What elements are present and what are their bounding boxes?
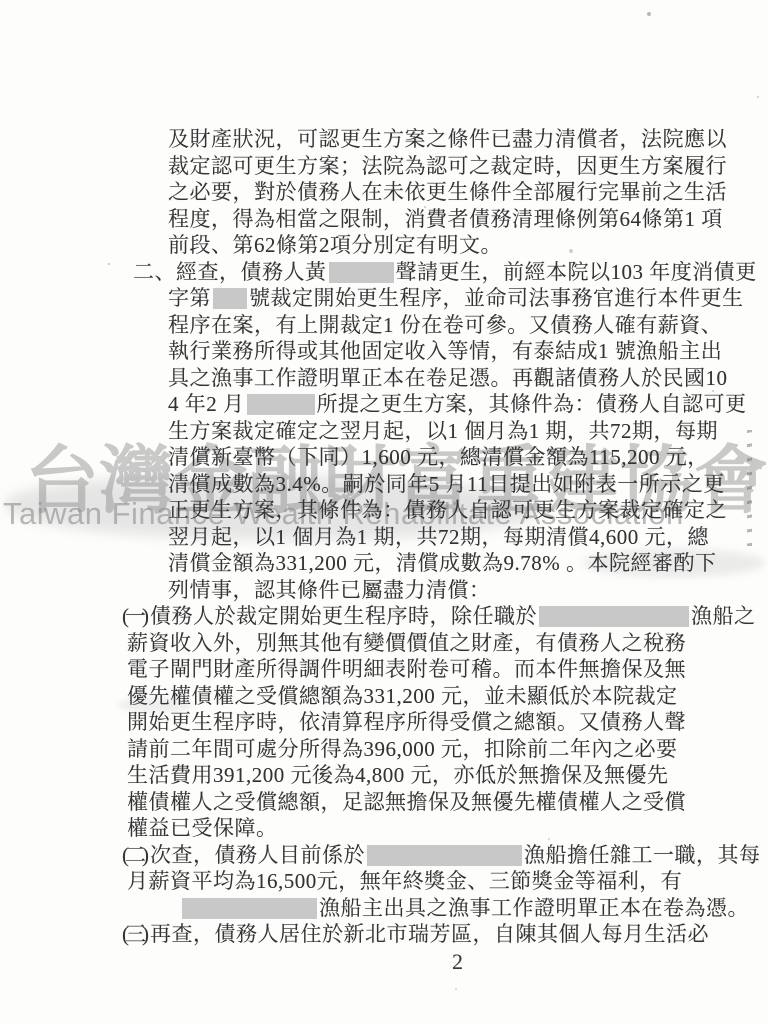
text-line: 前段、第62條第2項分別定有明文。 (0, 232, 768, 259)
text-line: 優先權債權之受償總額為331,200 元，並未顯低於本院裁定 (0, 683, 768, 710)
text-segment: 再查，債務人居住於新北市瑞芳區，自陳其個人每月生活必 (150, 922, 709, 946)
text-line: 月薪資平均為16,500元，無年終獎金、三節獎金等福利，有 (0, 868, 768, 895)
text-line: 執行業務所得或其他固定收入等情，有泰結成1 號漁船主出 (0, 338, 768, 365)
redaction-box (329, 262, 394, 283)
text-segment: 前段、第62條第2項分別定有明文。 (168, 233, 502, 257)
text-segment: 清償金額為331,200 元，清償成數為9.78% 。本院經審酌下 (168, 551, 717, 575)
text-segment: 二、經查，債務人黃 (133, 260, 327, 284)
redaction-box (247, 394, 315, 415)
text-line: 具之漁事工作證明單正本在卷足憑。再觀諸債務人於民國10 (0, 365, 768, 392)
text-line: 開始更生程序時，依清算程序所得受償之總額。又債務人聲 (0, 709, 768, 736)
redaction-box (367, 845, 522, 866)
text-line: (三)再查，債務人居住於新北市瑞芳區，自陳其個人每月生活必 (0, 921, 768, 948)
text-segment: 優先權債權之受償總額為331,200 元，並未顯低於本院裁定 (127, 684, 678, 708)
text-segment: 漁船主出具之漁事工作證明單正本在卷為憑。 (319, 896, 749, 920)
redaction-box (539, 606, 689, 627)
text-line: 權益已受保障。 (0, 815, 768, 842)
text-line: 權債權人之受償總額，足認無擔保及無優先權債權人之受償 (0, 789, 768, 816)
text-line: 裁定認可更生方案；法院為認可之裁定時，因更生方案履行 (0, 153, 768, 180)
list-item-marker: (三) (122, 922, 145, 946)
text-segment: 清償新臺幣（下同）1,600 元，總清償金額為115,200 元， (168, 445, 709, 469)
text-segment: 之必要，對於債務人在未依更生條件全部履行完畢前之生活 (168, 180, 727, 204)
text-line: 字第號裁定開始更生程序，並命司法事務官進行本件更生 (0, 285, 768, 312)
text-line: 正更生方案，其條件為：債務人自認可更生方案裁定確定之 (0, 497, 768, 524)
text-line: 請前二年間可處分所得為396,000 元，扣除前二年內之必要 (0, 736, 768, 763)
text-line: 程序在案，有上開裁定1 份在卷可參。又債務人確有薪資、 (0, 312, 768, 339)
text-segment: 列情事，認其條件已屬盡力清償： (168, 578, 491, 602)
text-line: 薪資收入外，別無其他有變價價值之財產，有債務人之稅務 (0, 630, 768, 657)
redaction-box (182, 898, 317, 919)
text-segment: 程序在案，有上開裁定1 份在卷可參。又債務人確有薪資、 (168, 313, 722, 337)
text-line: 翌月起，以1 個月為1 期，共72期，每期清償4,600 元，總 (0, 524, 768, 551)
text-line: (一)債務人於裁定開始更生程序時，除任職於漁船之 (0, 603, 768, 630)
text-segment: 電子閘門財產所得調件明細表附卷可稽。而本件無擔保及無 (127, 657, 686, 681)
text-line: 之必要，對於債務人在未依更生條件全部履行完畢前之生活 (0, 179, 768, 206)
text-line: 清償成數為3.4%。嗣於同年5 月11日提出如附表一所示之更 (0, 471, 768, 498)
text-line: 生活費用391,200 元後為4,800 元，亦低於無擔保及無優先 (0, 762, 768, 789)
scan-noise-specks (0, 0, 2, 2)
text-segment: 開始更生程序時，依清算程序所得受償之總額。又債務人聲 (127, 710, 686, 734)
text-segment: 漁船之 (691, 604, 756, 628)
text-segment: 執行業務所得或其他固定收入等情，有泰結成1 號漁船主出 (168, 339, 722, 363)
text-segment: 聲請更生，前經本院以103 年度消債更 (396, 260, 757, 284)
text-segment: 權益已受保障。 (127, 816, 278, 840)
text-segment: 請前二年間可處分所得為396,000 元，扣除前二年內之必要 (127, 737, 678, 761)
text-line: 列情事，認其條件已屬盡力清償： (0, 577, 768, 604)
text-line: 清償金額為331,200 元，清償成數為9.78% 。本院經審酌下 (0, 550, 768, 577)
redaction-box (213, 288, 247, 309)
text-line: 二、經查，債務人黃聲請更生，前經本院以103 年度消債更 (0, 259, 768, 286)
scanned-document-page: 台灣金融財富重建協會 Taiwan Finance Wealth Rehabil… (0, 0, 768, 1024)
text-segment: 次查，債務人目前係於 (150, 843, 365, 867)
text-segment: 清償成數為3.4%。嗣於同年5 月11日提出如附表一所示之更 (168, 472, 725, 496)
text-line: 程度，得為相當之限制，消費者債務清理條例第64條第1 項 (0, 206, 768, 233)
text-line: 漁船主出具之漁事工作證明單正本在卷為憑。 (0, 895, 768, 922)
text-segment: 程度，得為相當之限制，消費者債務清理條例第64條第1 項 (168, 207, 723, 231)
text-segment: 生活費用391,200 元後為4,800 元，亦低於無擔保及無優先 (127, 763, 669, 787)
text-line: 生方案裁定確定之翌月起，以1 個月為1 期，共72期，每期 (0, 418, 768, 445)
text-line: 及財產狀況，可認更生方案之條件已盡力清償者，法院應以 (0, 126, 768, 153)
text-segment: 翌月起，以1 個月為1 期，共72期，每期清償4,600 元，總 (168, 525, 709, 549)
text-segment: 所提之更生方案，其條件為：債務人自認可更 (317, 392, 747, 416)
list-item-marker: (二) (122, 843, 145, 867)
text-segment: 漁船擔任雜工一職，其每 (524, 843, 761, 867)
text-line: 清償新臺幣（下同）1,600 元，總清償金額為115,200 元， (0, 444, 768, 471)
text-segment: 號裁定開始更生程序，並命司法事務官進行本件更生 (249, 286, 744, 310)
text-segment: 權債權人之受償總額，足認無擔保及無優先權債權人之受償 (127, 790, 686, 814)
list-item-marker: (一) (122, 604, 145, 628)
text-segment: 具之漁事工作證明單正本在卷足憑。再觀諸債務人於民國10 (168, 366, 728, 390)
text-segment: 債務人於裁定開始更生程序時，除任職於 (150, 604, 537, 628)
text-segment: 薪資收入外，別無其他有變價價值之財產，有債務人之稅務 (127, 631, 686, 655)
text-line: (二)次查，債務人目前係於漁船擔任雜工一職，其每 (0, 842, 768, 869)
document-text-block: 及財產狀況，可認更生方案之條件已盡力清償者，法院應以裁定認可更生方案；法院為認可… (0, 126, 768, 948)
page-number: 2 (452, 949, 463, 975)
text-segment: 正更生方案，其條件為：債務人自認可更生方案裁定確定之 (168, 498, 727, 522)
text-line: 4 年2 月所提之更生方案，其條件為：債務人自認可更 (0, 391, 768, 418)
text-segment: 字第 (168, 286, 211, 310)
text-segment: 裁定認可更生方案；法院為認可之裁定時，因更生方案履行 (168, 154, 727, 178)
text-segment: 生方案裁定確定之翌月起，以1 個月為1 期，共72期，每期 (168, 419, 718, 443)
text-segment: 4 年2 月 (168, 392, 245, 416)
text-line: 電子閘門財產所得調件明細表附卷可稽。而本件無擔保及無 (0, 656, 768, 683)
text-segment: 及財產狀況，可認更生方案之條件已盡力清償者，法院應以 (168, 127, 727, 151)
text-segment: 月薪資平均為16,500元，無年終獎金、三節獎金等福利，有 (127, 869, 682, 893)
